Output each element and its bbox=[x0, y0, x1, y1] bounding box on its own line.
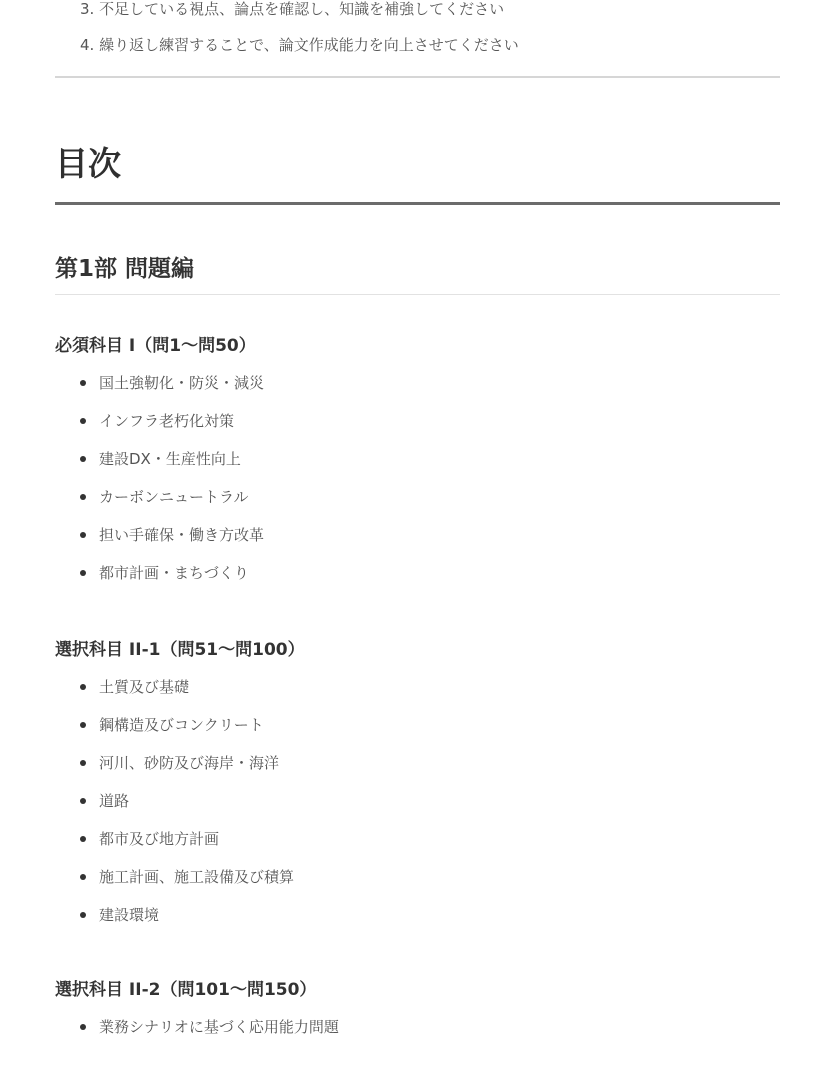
list-item: インフラ老朽化対策 bbox=[55, 409, 780, 447]
bullet-icon bbox=[80, 912, 86, 918]
toc-section-elective-ii-2: 選択科目 II-2（問101〜問150） 業務シナリオに基づく応用能力問題 bbox=[55, 977, 780, 1053]
section-heading: 選択科目 II-1（問51〜問100） bbox=[55, 637, 780, 675]
topic-list: 国土強靭化・防災・減災 インフラ老朽化対策 建設DX・生産性向上 カーボンニュー… bbox=[55, 371, 780, 599]
instruction-step: 4. 繰り返し練習することで、論文作成能力を向上させてください bbox=[80, 33, 519, 69]
list-item-label: カーボンニュートラル bbox=[99, 488, 249, 506]
list-item: 鋼構造及びコンクリート bbox=[55, 713, 780, 751]
bullet-icon bbox=[80, 684, 86, 690]
part-title-underline bbox=[55, 294, 780, 295]
toc-title-underline bbox=[55, 202, 780, 205]
list-item-label: 担い手確保・働き方改革 bbox=[99, 526, 264, 544]
list-item-label: 建設DX・生産性向上 bbox=[99, 450, 241, 468]
instruction-step: 3. 不足している視点、論点を確認し、知識を補強してください bbox=[80, 0, 519, 33]
topic-list: 土質及び基礎 鋼構造及びコンクリート 河川、砂防及び海岸・海洋 道路 都市及び地… bbox=[55, 675, 780, 941]
bullet-icon bbox=[80, 570, 86, 576]
list-item: 都市計画・まちづくり bbox=[55, 561, 780, 599]
toc-title: 目次 bbox=[55, 142, 121, 186]
list-item: 業務シナリオに基づく応用能力問題 bbox=[55, 1015, 780, 1053]
list-item-label: 土質及び基礎 bbox=[99, 678, 189, 696]
bullet-icon bbox=[80, 1024, 86, 1030]
section-heading: 選択科目 II-2（問101〜問150） bbox=[55, 977, 780, 1015]
list-item-label: 鋼構造及びコンクリート bbox=[99, 716, 264, 734]
bullet-icon bbox=[80, 380, 86, 386]
list-item: カーボンニュートラル bbox=[55, 485, 780, 523]
list-item: 国土強靭化・防災・減災 bbox=[55, 371, 780, 409]
part-title: 第1部 問題編 bbox=[55, 252, 194, 286]
bullet-icon bbox=[80, 532, 86, 538]
bullet-icon bbox=[80, 836, 86, 842]
toc-section-required-subject: 必須科目 I（問1〜問50） 国土強靭化・防災・減災 インフラ老朽化対策 建設D… bbox=[55, 333, 780, 599]
bullet-icon bbox=[80, 456, 86, 462]
list-item: 河川、砂防及び海岸・海洋 bbox=[55, 751, 780, 789]
bullet-icon bbox=[80, 874, 86, 880]
list-item: 建設DX・生産性向上 bbox=[55, 447, 780, 485]
instruction-steps-list: 3. 不足している視点、論点を確認し、知識を補強してください 4. 繰り返し練習… bbox=[80, 0, 519, 69]
list-item-label: 都市及び地方計画 bbox=[99, 830, 219, 848]
bullet-icon bbox=[80, 418, 86, 424]
section-heading: 必須科目 I（問1〜問50） bbox=[55, 333, 780, 371]
list-item-label: 業務シナリオに基づく応用能力問題 bbox=[99, 1018, 339, 1036]
list-item: 建設環境 bbox=[55, 903, 780, 941]
list-item-label: 施工計画、施工設備及び積算 bbox=[99, 868, 294, 886]
list-item: 施工計画、施工設備及び積算 bbox=[55, 865, 780, 903]
list-item: 道路 bbox=[55, 789, 780, 827]
bullet-icon bbox=[80, 760, 86, 766]
list-item: 担い手確保・働き方改革 bbox=[55, 523, 780, 561]
list-item-label: インフラ老朽化対策 bbox=[99, 412, 234, 430]
list-item-label: 建設環境 bbox=[99, 906, 159, 924]
bullet-icon bbox=[80, 722, 86, 728]
list-item-label: 道路 bbox=[99, 792, 129, 810]
toc-section-elective-ii-1: 選択科目 II-1（問51〜問100） 土質及び基礎 鋼構造及びコンクリート 河… bbox=[55, 637, 780, 941]
list-item-label: 河川、砂防及び海岸・海洋 bbox=[99, 754, 279, 772]
topic-list: 業務シナリオに基づく応用能力問題 bbox=[55, 1015, 780, 1053]
bullet-icon bbox=[80, 798, 86, 804]
list-item: 土質及び基礎 bbox=[55, 675, 780, 713]
list-item-label: 国土強靭化・防災・減災 bbox=[99, 374, 264, 392]
list-item-label: 都市計画・まちづくり bbox=[99, 564, 249, 582]
list-item: 都市及び地方計画 bbox=[55, 827, 780, 865]
bullet-icon bbox=[80, 494, 86, 500]
section-divider bbox=[55, 76, 780, 78]
